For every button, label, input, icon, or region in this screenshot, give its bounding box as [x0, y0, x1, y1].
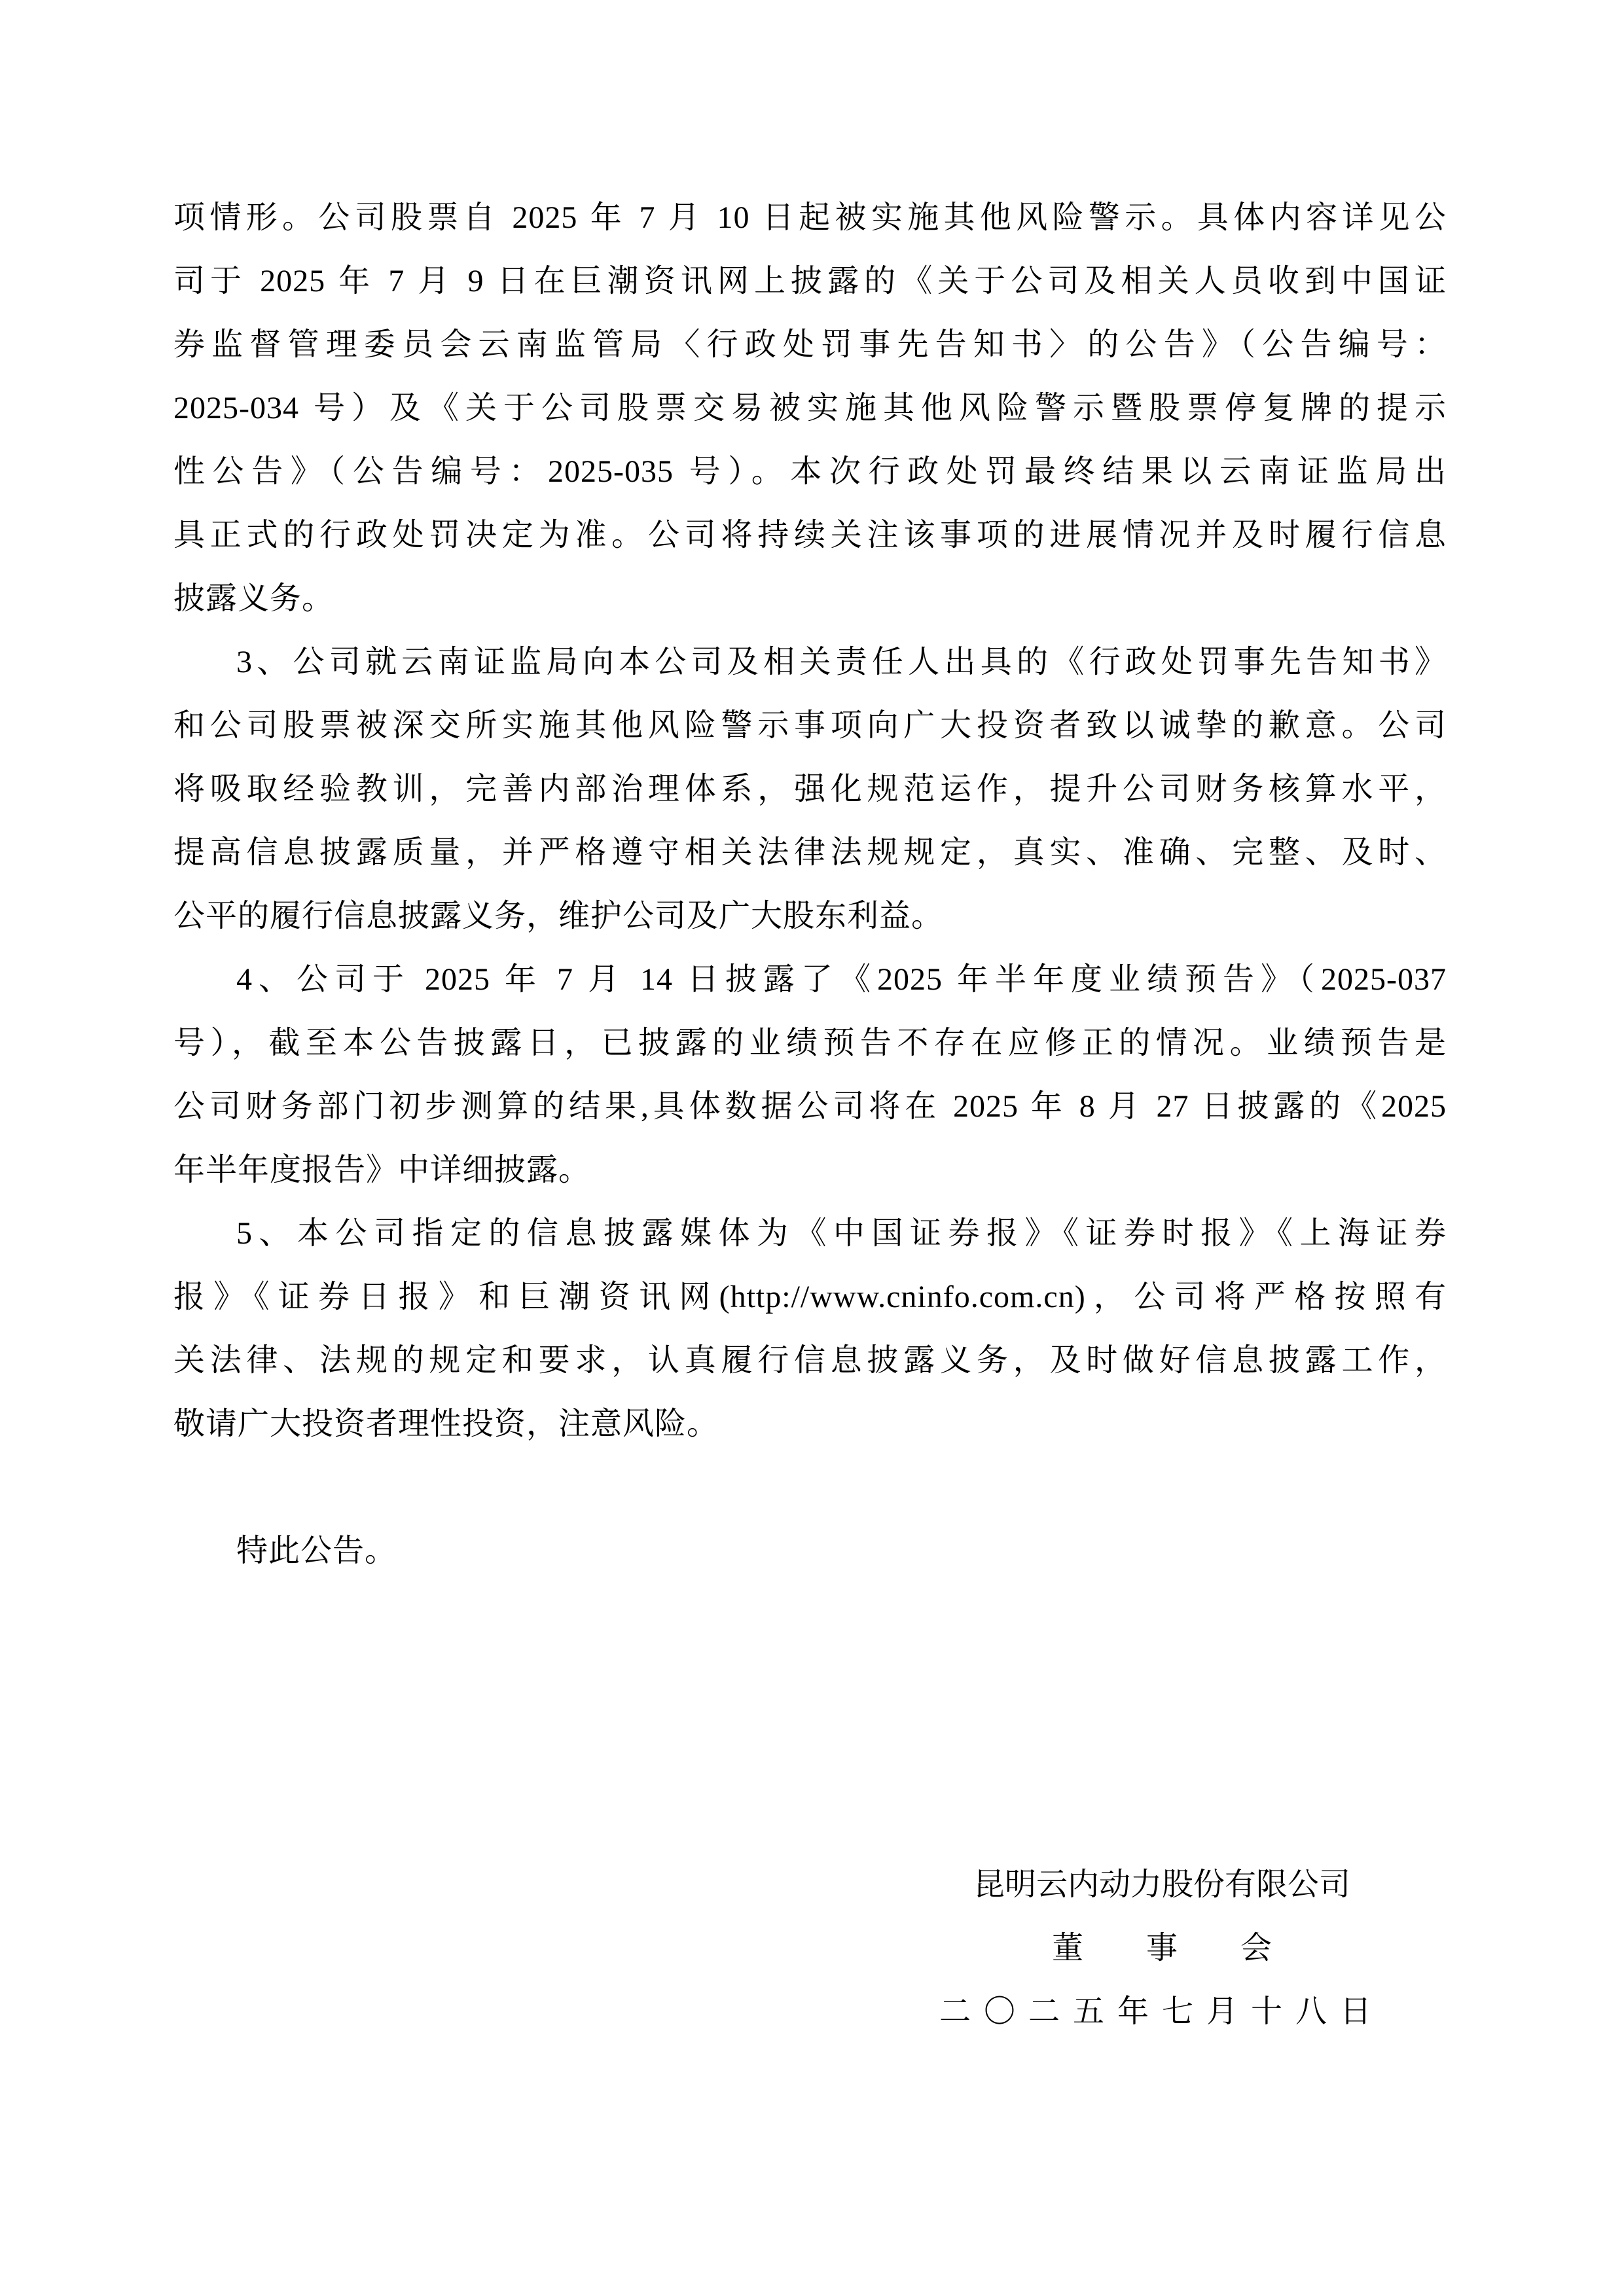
document-lines: 项情形。公司股票自 2025 年 7 月 10 日起被实施其他风险警示。具体内容…	[173, 186, 1447, 1456]
document-body: 项情形。公司股票自 2025 年 7 月 10 日起被实施其他风险警示。具体内容…	[173, 186, 1447, 1583]
text-line: 3、公司就云南证监局向本公司及相关责任人出具的《行政处罚事先告知书》	[173, 630, 1447, 694]
company-name: 昆明云内动力股份有限公司	[929, 1853, 1394, 1916]
text-line: 项情形。公司股票自 2025 年 7 月 10 日起被实施其他风险警示。具体内容…	[173, 186, 1447, 249]
text-line: 司于 2025 年 7 月 9 日在巨潮资讯网上披露的《关于公司及相关人员收到中…	[173, 249, 1447, 313]
text-line: 券监督管理委员会云南监管局〈行政处罚事先告知书〉的公告》（公告编号：	[173, 313, 1447, 376]
text-line: 提高信息披露质量，并严格遵守相关法律法规规定，真实、准确、完整、及时、	[173, 821, 1447, 884]
text-line: 性公告》（公告编号：2025-035 号）。本次行政处罚最终结果以云南证监局出	[173, 440, 1447, 503]
text-line: 报》《证券日报》和巨潮资讯网(http://www.cninfo.com.cn)…	[173, 1265, 1447, 1329]
text-line: 敬请广大投资者理性投资，注意风险。	[173, 1392, 1447, 1456]
text-line: 关法律、法规的规定和要求，认真履行信息披露义务，及时做好信息披露工作，	[173, 1329, 1447, 1392]
text-line: 2025-034 号）及《关于公司股票交易被实施其他风险警示暨股票停复牌的提示	[173, 376, 1447, 440]
text-line: 将吸取经验教训，完善内部治理体系，强化规范运作，提升公司财务核算水平，	[173, 757, 1447, 821]
board-label: 董 事 会	[929, 1916, 1394, 1980]
text-line: 号），截至本公告披露日，已披露的业绩预告不存在应修正的情况。业绩预告是	[173, 1011, 1447, 1075]
closing-line: 特此公告。	[173, 1519, 1447, 1583]
text-line: 5、本公司指定的信息披露媒体为《中国证券报》《证券时报》《上海证券	[173, 1202, 1447, 1265]
text-line: 公司财务部门初步测算的结果,具体数据公司将在 2025 年 8 月 27 日披露…	[173, 1075, 1447, 1138]
signature-block: 昆明云内动力股份有限公司 董 事 会 二〇二五年七月十八日	[929, 1853, 1394, 2043]
signature-date: 二〇二五年七月十八日	[929, 1980, 1394, 2043]
text-line: 公平的履行信息披露义务，维护公司及广大股东利益。	[173, 884, 1447, 948]
announcement-page: 项情形。公司股票自 2025 年 7 月 10 日起被实施其他风险警示。具体内容…	[0, 0, 1624, 2296]
text-line: 4、公司于 2025 年 7 月 14 日披露了《2025 年半年度业绩预告》（…	[173, 948, 1447, 1011]
text-line: 披露义务。	[173, 567, 1447, 630]
text-line: 和公司股票被深交所实施其他风险警示事项向广大投资者致以诚挚的歉意。公司	[173, 694, 1447, 757]
text-line: 具正式的行政处罚决定为准。公司将持续关注该事项的进展情况并及时履行信息	[173, 503, 1447, 567]
text-line: 年半年度报告》中详细披露。	[173, 1138, 1447, 1202]
